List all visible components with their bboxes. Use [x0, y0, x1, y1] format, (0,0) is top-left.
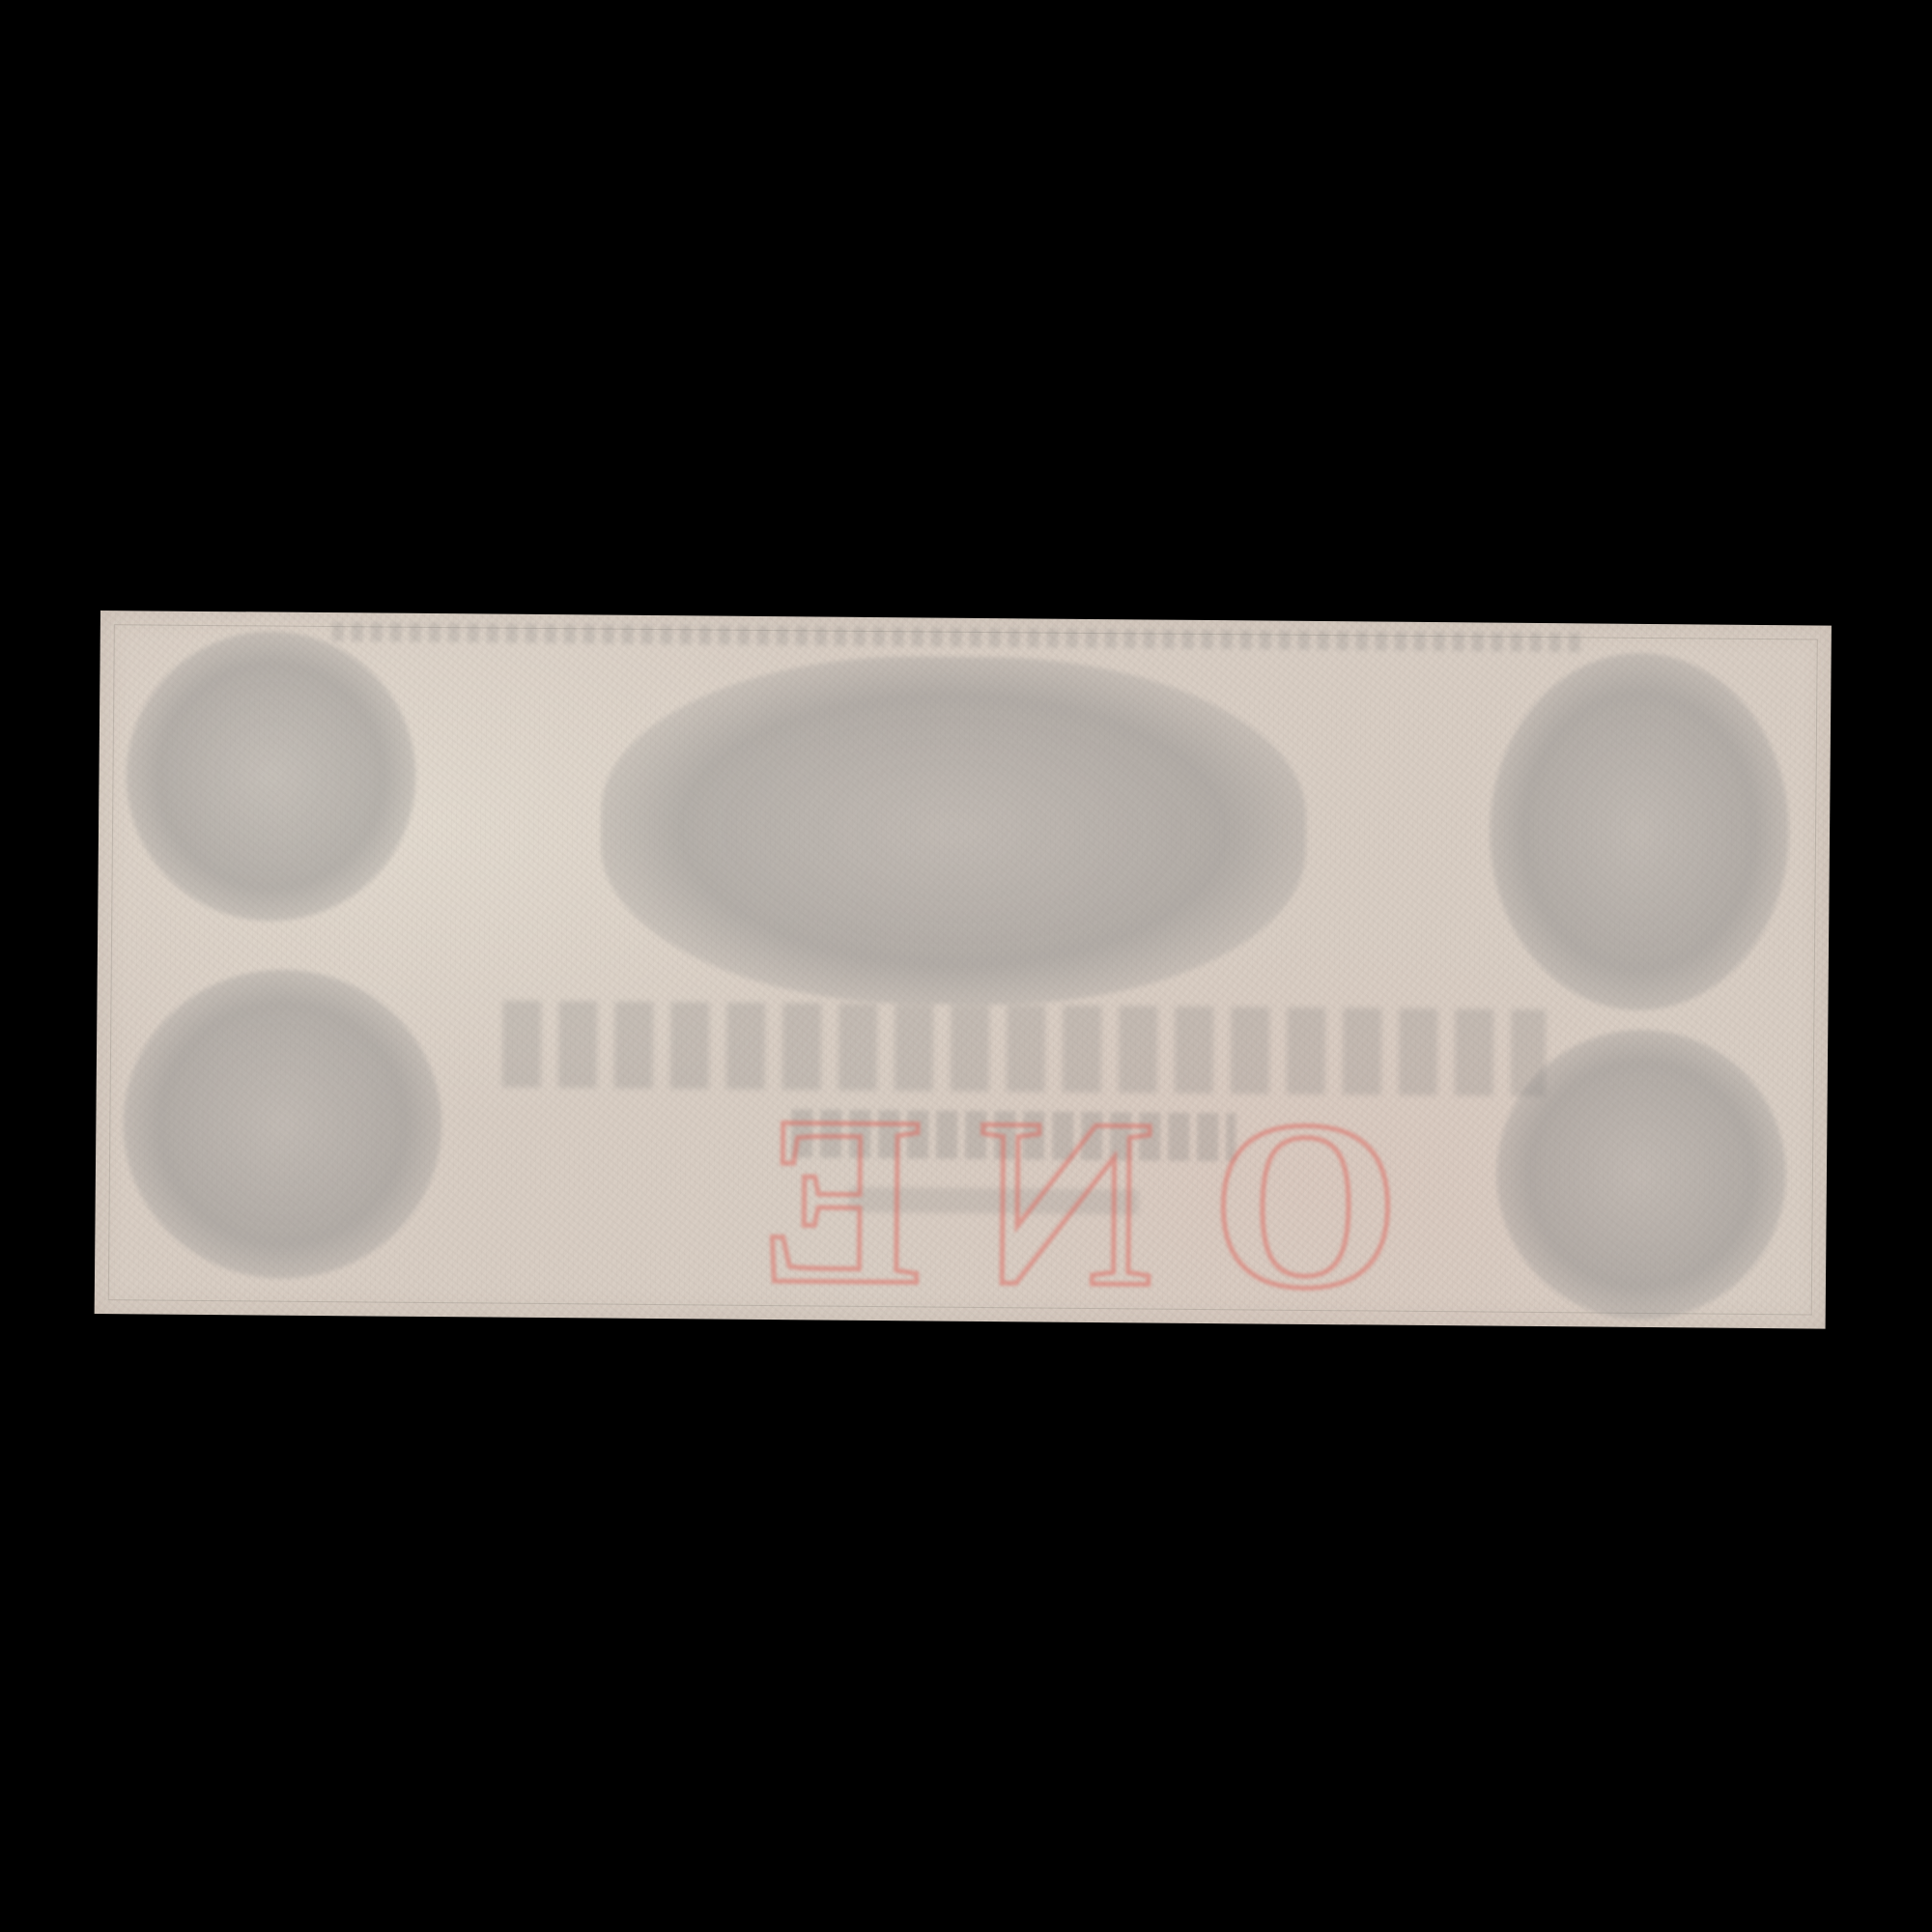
- center-vignette: [599, 654, 1307, 1008]
- banknote: ONE: [95, 611, 1832, 1329]
- red-overprint-text: ONE: [701, 1079, 1401, 1326]
- red-overprint: ONE: [529, 1093, 1401, 1313]
- left-top-vignette: [125, 630, 417, 923]
- left-bottom-vignette: [122, 968, 443, 1280]
